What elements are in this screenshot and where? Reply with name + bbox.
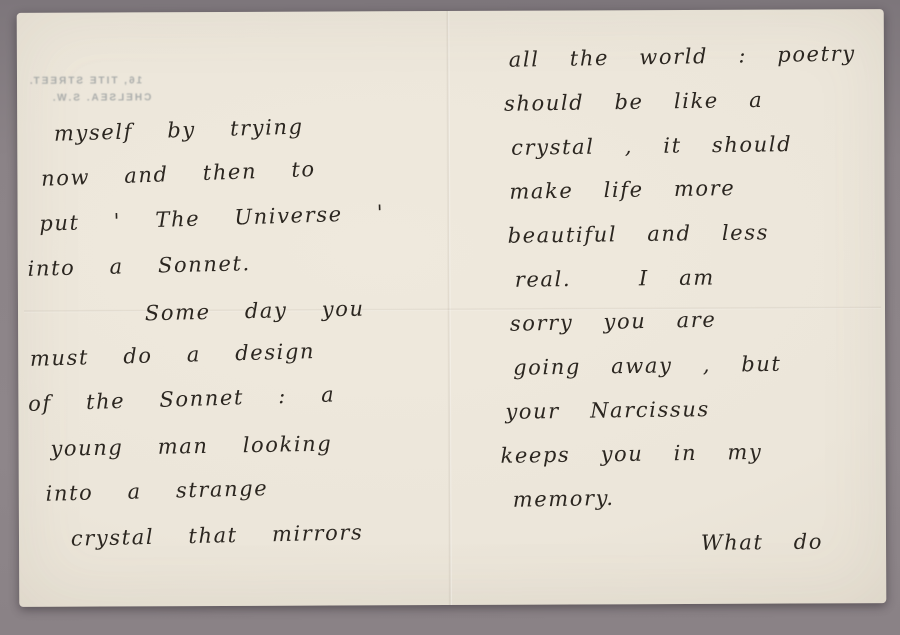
handwriting-line: your Narcissus — [505, 395, 879, 444]
handwriting-line: into a strange — [45, 472, 439, 527]
handwriting-line: crystal , it should — [511, 131, 878, 180]
letter-left-page: myself by trying now and then to put ' T… — [27, 120, 439, 572]
handwriting-line: going away , but — [513, 350, 879, 399]
photo-mount: 16, TITE STREET. CHELSEA. S.W. myself by… — [0, 0, 900, 635]
letter-right-page: all the world : poetry should be like a … — [469, 46, 879, 576]
handwriting-line: make life more — [509, 174, 878, 224]
letter-sheet: 16, TITE STREET. CHELSEA. S.W. myself by… — [17, 9, 887, 607]
letterhead-city-line: CHELSEA. S.W. — [39, 89, 163, 107]
handwriting-line: sorry you are — [510, 304, 879, 355]
handwriting-line: beautiful and less — [507, 219, 878, 268]
handwriting-line: all the world : poetry — [509, 41, 878, 92]
handwriting-line: into a Sonnet. — [27, 246, 438, 301]
handwriting-line: should be like a — [504, 86, 878, 136]
handwriting-line: crystal that mirrors — [71, 519, 440, 572]
handwriting-line: memory. — [512, 481, 879, 532]
handwriting-line: keeps you in my — [500, 438, 879, 488]
letterhead-address-line: 16, TITE STREET. — [25, 72, 145, 90]
handwriting-line: What do — [701, 529, 879, 575]
letterhead-showthrough: 16, TITE STREET. CHELSEA. S.W. — [25, 72, 163, 107]
